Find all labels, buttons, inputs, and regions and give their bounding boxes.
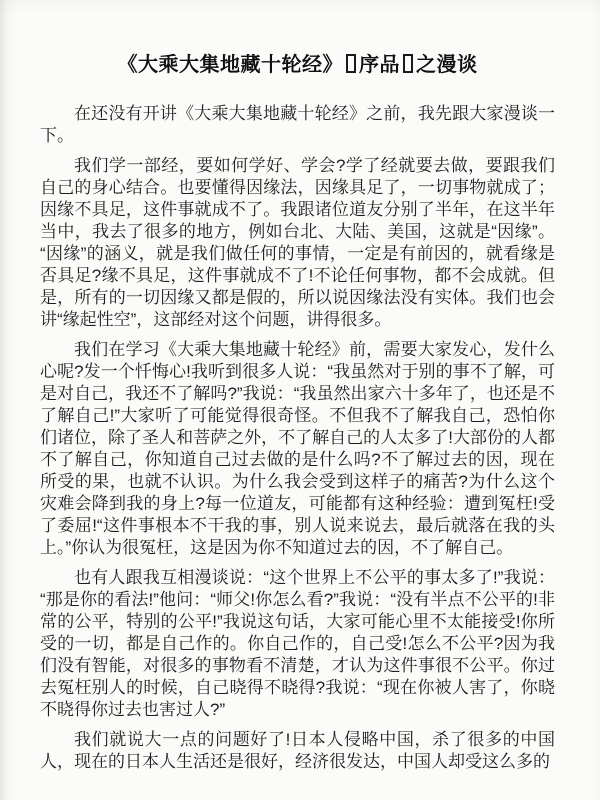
missing-glyph-box-icon (346, 54, 356, 73)
document-page: 《大乘大集地藏十轮经》序品之漫谈 在还没有开讲《大乘大集地藏十轮经》之前，我先跟… (0, 0, 600, 800)
missing-glyph-box-icon (403, 54, 413, 73)
title-section-name: 序品 (359, 54, 400, 76)
paragraph-intro: 在还没有开讲《大乘大集地藏十轮经》之前，我先跟大家漫谈一下。 (40, 103, 555, 147)
page-title: 《大乘大集地藏十轮经》序品之漫谈 (40, 53, 555, 77)
document-content: 《大乘大集地藏十轮经》序品之漫谈 在还没有开讲《大乘大集地藏十轮经》之前，我先跟… (0, 0, 600, 773)
paragraph-bigger-question: 我们就说大一点的问题好了!日本人侵略中国，杀了很多的中国人，现在的日本人生活还是… (40, 729, 555, 773)
title-suffix: 之漫谈 (416, 54, 478, 76)
paragraph-repentance: 我们在学习《大乘大集地藏十轮经》前，需要大家发心，发什么心呢?发一个忏悔心!我听… (40, 339, 555, 559)
paragraph-karma-conditions: 我们学一部经，要如何学好、学会?学了经就要去做，要跟我们自己的身心结合。也要懂得… (40, 155, 555, 331)
paragraph-fairness: 也有人跟我互相漫谈说：“这个世界上不公平的事太多了!”我说：“那是你的看法!”他… (40, 567, 555, 721)
title-scripture-name: 《大乘大集地藏十轮经》 (118, 54, 344, 76)
